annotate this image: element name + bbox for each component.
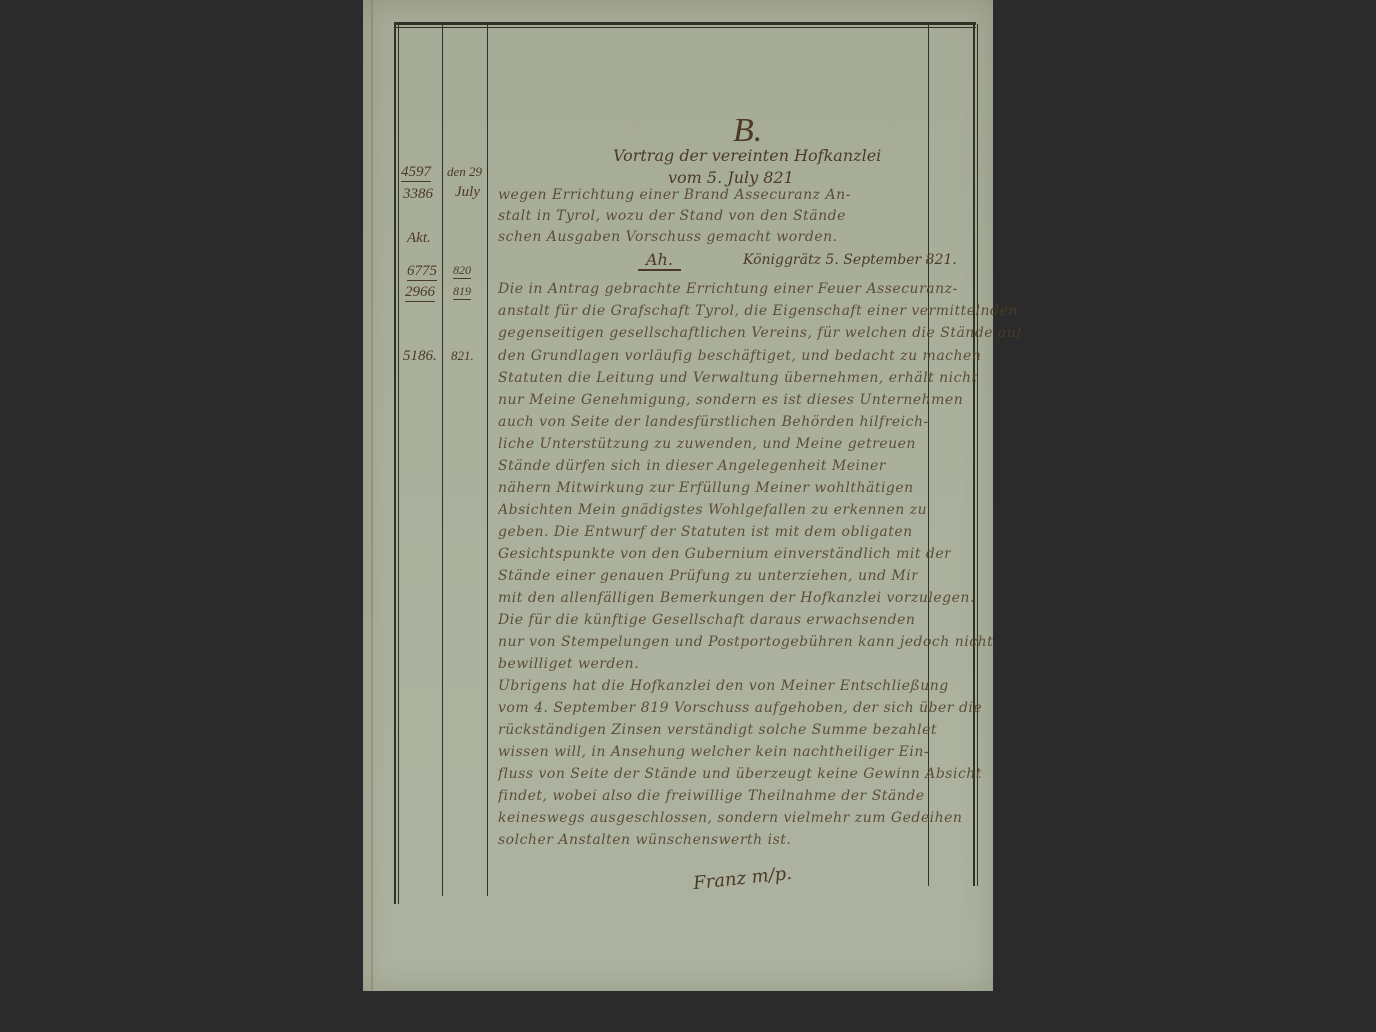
body-line: Absichten Mein gnädigstes Wohlgefallen z… <box>498 502 927 524</box>
body-line: Die in Antrag gebrachte Errichtung einer… <box>498 281 958 303</box>
margin-number: 5186. <box>403 348 437 365</box>
body-line: rückständigen Zinsen verständigt solche … <box>498 722 937 744</box>
body-line: wissen will, in Ansehung welcher kein na… <box>498 744 929 766</box>
resolution-mark: Ah. <box>638 250 681 271</box>
body-line: solcher Anstalten wünschenswerth ist. <box>498 832 791 854</box>
margin-note: Akt. <box>407 230 431 247</box>
heading-letter: B. <box>733 112 762 150</box>
body-line: Die für die künftige Gesellschaft daraus… <box>498 612 915 634</box>
body-line: bewilliget werden. <box>498 656 639 678</box>
signature: Franz m/p. <box>692 863 793 894</box>
body-line: geben. Die Entwurf der Statuten ist mit … <box>498 524 913 546</box>
top-rule-thin <box>394 27 976 28</box>
margin-year: 821. <box>451 348 474 364</box>
body-line: Gesichtspunkte von den Gubernium einvers… <box>498 546 951 568</box>
subject-line: stalt in Tyrol, wozu der Stand von den S… <box>498 208 846 230</box>
body-line: auch von Seite der landesfürstlichen Beh… <box>498 414 929 436</box>
body-line: nur Meine Genehmigung, sondern es ist di… <box>498 392 963 414</box>
column-rule-1 <box>442 24 443 896</box>
right-outer-rule-inner <box>977 24 978 886</box>
body-line: Stände dürfen sich in dieser Angelegenhe… <box>498 458 886 480</box>
column-rule-2 <box>487 24 488 896</box>
body-line: keineswegs ausgeschlossen, sondern vielm… <box>498 810 962 832</box>
margin-year: 819 <box>453 284 471 300</box>
subject-line: wegen Errichtung einer Brand Assecuranz … <box>498 187 851 209</box>
margin-date: den 29 <box>447 164 482 180</box>
resolution-dateline: Königgrätz 5. September 821. <box>743 252 957 268</box>
margin-date: July <box>455 184 480 201</box>
body-line: Statuten die Leitung und Verwaltung über… <box>498 370 978 392</box>
left-outer-rule-inner <box>398 24 399 904</box>
right-outer-rule <box>973 24 975 886</box>
margin-number: 4597 <box>401 164 431 182</box>
top-rule <box>394 22 976 25</box>
body-line: findet, wobei also die freiwillige Theil… <box>498 788 925 810</box>
body-line: liche Unterstützung zu zuwenden, und Mei… <box>498 436 916 458</box>
margin-number: 2966 <box>405 284 435 302</box>
margin-number: 3386 <box>403 186 433 203</box>
body-line: anstalt für die Grafschaft Tyrol, die Ei… <box>498 303 1018 325</box>
body-line: Stände einer genauen Prüfung zu unterzie… <box>498 568 918 590</box>
body-line: nähern Mitwirkung zur Erfüllung Meiner w… <box>498 480 914 502</box>
body-line: mit den allenfälligen Bemerkungen der Ho… <box>498 590 975 612</box>
ledger-page: B. Vortrag der vereinten Hofkanzlei vom … <box>363 0 993 991</box>
body-line: fluss von Seite der Stände und überzeugt… <box>498 766 982 788</box>
subject-line: schen Ausgaben Vorschuss gemacht worden. <box>498 229 838 251</box>
document-title: Vortrag der vereinten Hofkanzlei <box>613 146 881 165</box>
body-line: Übrigens hat die Hofkanzlei den von Mein… <box>498 678 949 700</box>
body-line: vom 4. September 819 Vorschuss aufgehobe… <box>498 700 982 722</box>
body-line: gegenseitigen gesellschaftlichen Vereins… <box>498 325 1022 347</box>
left-outer-rule <box>394 24 396 904</box>
margin-year: 820 <box>453 263 471 279</box>
body-line: den Grundlagen vorläufig beschäftiget, u… <box>498 348 981 370</box>
body-line: nur von Stempelungen und Postportogebühr… <box>498 634 993 656</box>
document-date: vom 5. July 821 <box>668 168 794 187</box>
margin-number: 6775 <box>407 263 437 281</box>
